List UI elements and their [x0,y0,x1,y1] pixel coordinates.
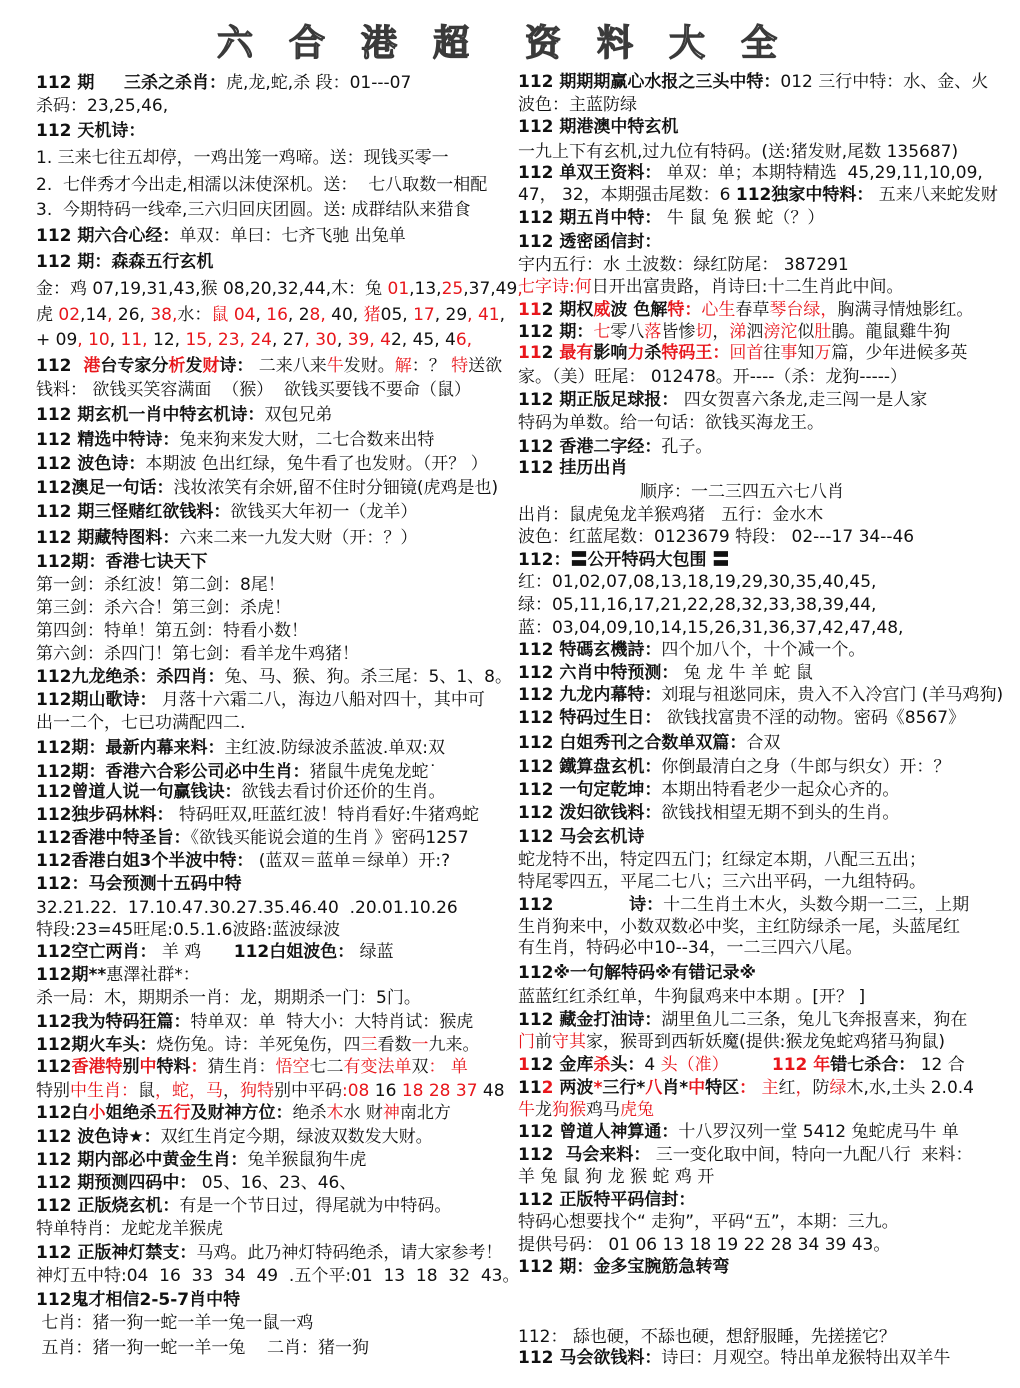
heading-label: 港 [83,356,100,376]
text-line: 112：〓公开特码大包围 〓 [518,549,729,571]
highlighted-text: 8, [310,305,326,325]
heading-label: 112 期五肖中特： [518,208,661,228]
content-text: 红 [779,1078,796,1098]
heading-label: 112 期三怪赌红欲钱料： [36,502,230,522]
text-line: 出一二个，七已功满配四二. [36,712,245,734]
highlighted-text: 万 [814,343,831,363]
heading-label: 错七杀合： [830,1055,915,1075]
content-text: 特单特肖：龙蛇龙羊猴虎 [36,1219,223,1239]
content-text: 篇，少年进候多英 [831,343,967,363]
text-line: 112 金库杀头：4 头（准） 112 年错七杀合： 12 合 [518,1054,965,1076]
heading-label: 112 期正版足球报： [518,390,678,410]
heading-label: 112 单双王资料： [518,163,661,183]
highlighted-text: 头（准） [661,1055,729,1075]
content-text: 波色：主蓝防绿 [518,95,637,115]
highlighted-text: ，蛇，马 [155,1081,223,1101]
content-text: ,37,49 [463,279,517,299]
content-text: 特码为单数。给一句话：欲钱买海龙王。 [518,413,824,433]
content-text: 40, [326,305,358,325]
content-text: , [255,305,266,325]
heading-label: 小 [89,1103,106,1123]
text-line: 3. 今期特码一线牵,三六归回庆团圆。送: 成群结队来猎食 [36,199,471,221]
text-line: 波色：红蓝尾数：0123679 特段： 02---17 34--46 [518,526,914,548]
content-text: 马鸡。此乃神灯特码绝杀，请大家参考！ [196,1243,502,1263]
content-text: 12 合 [915,1055,964,1075]
heading-label: 112 波色诗： [36,454,145,474]
content-text: 05, [381,305,413,325]
heading-label: 112 正版烧玄机： [36,1196,179,1216]
text-line: 牛龙狗猴鸡马虎兔 [518,1099,654,1121]
highlighted-text: 七 [593,322,610,342]
content-text: 4 [644,1055,660,1075]
content-text: 双红生肖定今期，绿波双数发大财。 [161,1127,433,1147]
text-line: 第三剑：杀六合！第三剑：杀虎！ [36,597,291,619]
text-line: 蛇龙特不出，特定四五门；红绿定本期，八配三五出； [518,849,926,871]
heading-label: 及财神方位： [191,1103,293,1123]
text-line: 112 正版特平码信封： [518,1189,695,1211]
heading-label: 最有 [559,343,593,363]
content-text: 别中平码 [274,1081,342,1101]
text-line: 第六剑：杀四门！第七剑：看羊龙牛鸡猪！ [36,643,359,665]
content-text: 有生肖，特码必中10--34，一二三四六八尾。 [518,938,863,958]
text-line: 七肖：猪一狗一蛇一羊一兔一鼠一鸡 [36,1312,313,1334]
highlighted-text: 猪 [358,305,380,325]
highlighted-text: 鼠 [211,305,228,325]
heading-label: 特码王： [661,343,729,363]
content-text: 特码心想要找个“ 走狗”，平码“五”，本期：三九。 [518,1212,899,1232]
highlighted-text: ： 单 [429,1057,468,1077]
content-text: 合双 [746,733,780,753]
heading-label: 112鬼才相信2-5-7肖中特 [36,1290,240,1310]
heading-label: 112 精选中特诗： [36,430,179,450]
content-text: 月落十六霜二八，海边八船对四十，其中可 [157,690,485,710]
heading-label: 中 [140,1057,157,1077]
content-text: 主红波.防绿波杀蓝波.单双:双 [225,738,446,758]
text-line: 112 期港澳中特玄机 [518,116,678,138]
content-text: 五来八来蛇发财 [873,185,997,205]
content-text: 蛇龙特不出，特定四五门；红绿定本期，八配三五出； [518,850,926,870]
heading-label: 八 [645,1078,662,1098]
title-char: 合 [271,22,343,66]
heading-label: 112 马会来料： [518,1145,650,1165]
heading-label: 析 [168,356,185,376]
highlighted-text: ， [796,1078,813,1098]
heading-label: 112 期：森森五行玄机 [36,252,213,272]
highlighted-text: 25 [442,279,464,299]
heading-label: 2 [542,343,560,363]
content-text: 十八罗汉列一堂 5412 兔蛇虎马牛 单 [678,1122,958,1142]
text-line: 1. 三来七往五却停，一鸡出笼一鸡啼。送：现钱买零一 [36,147,449,169]
content-text: 欲钱去看讨价还价的生肖。 [242,782,446,802]
content-text: 六来二来一九发大财（开：？） [179,528,417,548]
text-line: 112 透密函信封： [518,231,661,253]
text-line: 112 期玄机一肖中特玄机诗：双包兄弟 [36,404,332,426]
highlighted-text: 七字诗:何 [518,277,592,297]
heading-label: 112香港白姐3个半波中特： [36,851,253,871]
content-text: 杀一局：木，期期杀一肖：龙，期期杀一门：5门。 [36,988,421,1008]
title-char: 六 [199,22,271,66]
text-line: 虎 02,14, 26, 38,水：鼠 04, 16, 28, 40, 猪05,… [36,304,505,326]
text-line: 绿：05,11,16,17,21,22,28,32,33,38,39,44, [518,594,876,616]
highlighted-text: 18 28 37 [402,1081,478,1101]
text-line: 特别中生肖：鼠，蛇，马，狗特别中平码:08 16 18 28 37 48 [36,1080,505,1102]
text-line: 112 波色诗★：双红生肖定今期，绿波双数发大财。 [36,1126,433,1148]
content-text: 你倒最清白之身（牛郎与织女）开：？ [661,757,950,777]
content-text: 三一变化取中间，特向一九配八行 来料： [650,1145,972,1165]
text-line: 112 鐵算盘玄机：你倒最清白之身（牛郎与织女）开：？ [518,756,950,778]
content-text: 家。（美）旺尾： 012478。开----（杀：龙狗-----） [518,367,907,387]
text-line: 32.21.22. 17.10.47.30.27.35.46.40 .20.01… [36,897,458,919]
highlighted-text: 琴台绿， [769,300,837,320]
text-line: 出肖：鼠虎兔龙羊猴鸡猪 五行：金水木 [518,504,823,526]
content-text: 惠澤社群*： [106,965,200,985]
text-line: 红：01,02,07,08,13,18,19,29,30,35,40,45, [518,571,876,593]
content-text: 猜生肖： [208,1057,276,1077]
highlighted-text: 一 [412,1035,429,1055]
content-text: ,13, [409,279,441,299]
text-line: 杀码：23,25,46, [36,95,168,117]
text-line: 羊 兔 鼠 狗 龙 猴 蛇 鸡 开 [518,1166,714,1188]
text-line: 112香港特别中特料：猜生肖：悟空七二有变法单双： 单 [36,1056,468,1078]
text-line: 112 期三怪赌红欲钱料：欲钱买大年初一（龙羊） [36,501,417,523]
highlighted-text: 38, [145,305,177,325]
text-line: 宇内五行：水 土波数：绿红防尾： 387291 [518,254,849,276]
content-text: 第四剑：特单！第五剑：特看小数！ [36,621,308,641]
content-text: 兔 龙 牛 羊 蛇 鼠 [678,663,812,683]
heading-label: ： [191,1057,208,1077]
content-text: 发财。 [344,356,395,376]
content-text: 32.21.22. 17.10.47.30.27.35.46.40 .20.01… [36,898,458,918]
heading-label: 112 一句定乾坤： [518,780,661,800]
text-line: 特码心想要找个“ 走狗”，平码“五”，本期：三九。 [518,1211,899,1233]
content-text: 南北方 [400,1103,451,1123]
text-line: 一九上下有玄机,过九位有特码。(送:猪发财,尾数 135687) [518,141,958,163]
heading-label: 112 [518,895,554,915]
content-text: 孔子。 [661,437,712,457]
heading-label: 诗： [629,895,663,915]
heading-label: 别 [123,1057,140,1077]
content-text: 烧伤兔。诗：羊死兔伤，四 [157,1035,361,1055]
heading-label: 香港特 [72,1057,123,1077]
text-line: 112 期六合心经：单双：单曰：七齐飞驰 出兔单 [36,225,406,247]
highlighted-text: 狗猴 [552,1100,586,1120]
heading-label: 112 期港澳中特玄机 [518,117,678,137]
content-text [554,895,630,915]
content-text: 出一二个，七已功满配四二. [36,713,245,733]
text-line: 112 正版烧玄机：有是一个节日过，得尾就为中特码。 [36,1195,451,1217]
content-text: 龙 [535,1100,552,1120]
highlighted-text: 守其 [552,1032,586,1052]
title-char: 资 [507,22,579,66]
highlighted-text: 特 [451,356,468,376]
content-text: 二来八来 [253,356,326,376]
highlighted-text: 17 [413,305,435,325]
heading-label: 112我为特码狂篇： [36,1012,191,1032]
heading-label: 112 特碼玄機詩： [518,640,661,660]
content-text: 单双：单曰：七齐飞驰 出兔单 [179,226,405,246]
highlighted-text: 解 [395,356,412,376]
highlighted-text: 6, [456,330,472,350]
text-line: 112 马会欲钱料：诗曰：月观空。特出单龙猴特出双羊牛 [518,1347,950,1369]
content-text: 宇内五行：水 土波数：绿红防尾： 387291 [518,255,849,275]
content-text: 提供号码： 01 06 13 18 19 22 28 34 39 43。 [518,1235,890,1255]
content-text: 47， 32，本期强击尾数：6 [518,185,736,205]
heading-label: 112 期： [518,322,593,342]
content-text: 浅妆浓笑有余妍,留不住时分钿镜(虎鸡是也) [174,478,499,498]
content-text: 七二 [310,1057,344,1077]
content-text: 钱料： 欲钱买笑容满面 （猴） 欲钱买要钱不要命（鼠） [36,380,471,400]
text-line: 第四剑：特单！第五剑：特看小数！ [36,620,308,642]
text-line: 112 期：金多宝腕筋急转弯 [518,1256,729,1278]
text-line: 112 马会玄机诗 [518,826,644,848]
heading-label: 112 挂历出肖 [518,458,627,478]
heading-label: 112※一句解特码※有错记录※ [518,963,756,983]
text-line: 112 诗：十二生肖土木火，头数今期一二三，上期 [518,894,969,916]
heading-label: 112 白姐秀刊之合数单双篇： [518,733,746,753]
content-text: 16 [369,1081,401,1101]
text-line: 第一剑：杀红波！第二剑：8尾！ [36,574,285,596]
content-text: 《欲钱买能说会道的生肖 》密码1257 [191,828,469,848]
highlighted-text: 有变法单 [344,1057,412,1077]
heading-label: 112香港中特圣旨： [36,828,191,848]
heading-label: 112期：香港七诀天下 [36,552,208,572]
text-line: 112 两波*三行*八肖*中特区： 主红，防绿木,水,土头 2.0.4 [518,1077,974,1099]
content-text: 1. 三来七往五却停，一鸡出笼一鸡啼。送：现钱买零一 [36,148,449,168]
text-line: 特单特肖：龙蛇龙羊猴虎 [36,1218,223,1240]
content-text: 零八 [610,322,644,342]
heading-label: 112独家中特料： [736,185,874,205]
text-line: 蓝：03,04,09,10,14,15,26,31,36,37,42,47,48… [518,617,903,639]
text-line: 47， 32，本期强击尾数：6 112独家中特料： 五来八来蛇发财 [518,184,998,206]
content-text: 05、16、23、46、 [196,1173,356,1193]
highlighted-text: 30 [310,330,337,350]
text-line: 112 一句定乾坤：本期出特看老少一起众心齐的。 [518,779,899,801]
heading-label: 112 [36,1057,72,1077]
content-text: 生肖狗来中，小数双数必中奖，主红防绿杀一尾，头蓝尾红 [518,917,960,937]
text-line: 112 期 三杀之杀肖：虎,龙,蛇,杀 段：01---07 [36,72,411,94]
heading-label: 三杀之杀肖： [94,73,226,93]
text-line: 112白小姐绝杀五行及财神方位：绝杀木水 财神南北方 [36,1102,451,1124]
heading-label: 112 九龙内幕特： [518,685,661,705]
heading-label: 112 [36,356,83,376]
content-text: 出肖：鼠虎兔龙羊猴鸡猪 五行：金水木 [518,505,823,525]
highlighted-text: 回首 [729,343,763,363]
content-text: 欲钱找相望无期不到头的生肖。 [661,803,899,823]
text-line: 顺序：一二三四五六七八肖 [640,481,844,503]
content-text: 金：鸡 07,19,31,43,猴 08,20,32,44,木：兔 [36,279,388,299]
text-line: 112澳足一句话：浅妆浓笑有余妍,留不住时分钿镜(虎鸡是也) [36,477,498,499]
heading-label: 特： [667,300,701,320]
content-text: 四个加八个，十个减一个。 [661,640,865,660]
text-line: 112 藏金打油诗：湖里鱼儿二三条，兔儿飞奔报喜来，狗在 [518,1009,967,1031]
heading-label: 两波 [554,1078,594,1098]
content-text: 泗 [746,322,763,342]
content-text [729,1055,772,1075]
highlighted-text: 15, 23, 24 [180,330,272,350]
content-text: 第三剑：杀六合！第三剑：杀虎！ [36,598,291,618]
highlighted-text: 主 [762,1078,779,1098]
content-text: 五肖：猪一狗一蛇一羊一兔 二肖：猪一狗 [36,1338,369,1358]
content-text: 2. 七伴秀才今出走,相濡以沫使深机。送： 七八取数一相配 [36,175,487,195]
text-line: 112 泼妇欲钱料：欲钱找相望无期不到头的生肖。 [518,802,899,824]
heading-label: 112 期：金多宝腕筋急转弯 [518,1257,729,1277]
heading-label: 11 [518,343,542,363]
heading-label: 112 期藏特图料： [36,528,179,548]
heading-label: 五行 [157,1103,191,1123]
heading-label: 杀 [593,1055,610,1075]
text-line: 金：鸡 07,19,31,43,猴 08,20,32,44,木：兔 01,13,… [36,278,523,300]
content-text: 第一剑：杀红波！第二剑：8尾！ [36,575,285,595]
content-text: 送欲 [468,356,502,376]
heading-label: 112 期期期赢心水报之三头中特： [518,72,780,92]
content-text: ,14 [80,305,107,325]
highlighted-text: 肚 [814,322,831,342]
text-line: 112 期：七零八落皆惨切，涕泗滂沱似肚鵑。龍鼠雞牛狗 [518,321,950,343]
content-text: 兔羊猴鼠狗牛虎 [247,1150,366,1170]
text-line: 112期：香港六合彩公司必中生肖：猪鼠牛虎兔龙蛇˙ [36,761,437,783]
content-text: 蓝蓝红红杀红单，牛狗鼠鸡来中本期 。[开？ ] [518,987,865,1007]
content-text: 羊 兔 鼠 狗 龙 猴 蛇 鸡 开 [518,1167,714,1187]
highlighted-text: :08 [342,1081,369,1101]
text-line: 112九龙绝杀：杀四肖：兔、马、猴、狗。杀三尾：5、1、8。 [36,666,512,688]
heading-label: 财 [202,356,219,376]
heading-label: 112 年 [772,1055,830,1075]
text-line: 112 期五肖中特： 牛 鼠 兔 猴 蛇（？） [518,207,824,229]
highlighted-text: 落 [644,322,661,342]
highlighted-text: 牛 [327,356,344,376]
content-text: 鵑。龍鼠雞牛狗 [831,322,950,342]
heading-label: 112 期 [36,73,94,93]
content-text: 012 三行中特：水、金、火 [780,72,988,92]
text-line: 112：马会预测十五码中特 [36,873,242,895]
content-text: 兔、马、猴、狗。杀三尾：5、1、8。 [225,667,512,687]
heading-label: 威 [593,300,610,320]
heading-label: 杀 [644,343,661,363]
text-line: 提供号码： 01 06 13 18 19 22 28 34 39 43。 [518,1234,890,1256]
content-text: 木,水,土头 2.0.4 [847,1078,974,1098]
heading-label: ： [739,1078,756,1098]
text-line: 112 正版神灯禁支：马鸡。此乃神灯特码绝杀，请大家参考！ [36,1242,502,1264]
text-line: 112 六肖中特预测： 兔 龙 牛 羊 蛇 鼠 [518,662,813,684]
heading-label: 112 香港二字经： [518,437,661,457]
content-text: ， [712,322,729,342]
content-text: 单双：单；本期特精选 45,29,11,10,09, [661,163,982,183]
text-line: 112 精选中特诗：兔来狗来发大财，二七合数来出特 [36,429,434,451]
content-text: 鼠 [138,1081,155,1101]
heading-label: 12 金库 [530,1055,594,1075]
heading-label: 三行* [602,1078,645,1098]
text-line: 生肖狗来中，小数双数必中奖，主红防绿杀一尾，头蓝尾红 [518,916,960,938]
text-line: 112 香港二字经：孔子。 [518,436,712,458]
heading-label: 2 期权 [542,300,594,320]
content-text: 春草 [735,300,769,320]
content-text: 诗曰：月观空。特出单龙猴特出双羊牛 [661,1348,950,1368]
highlighted-text: 心生 [701,300,735,320]
highlighted-text: 39, 4 [342,330,391,350]
highlighted-text: 虎兔 [620,1100,654,1120]
content-text: 波色：红蓝尾数：0123679 特段： 02---17 34--46 [518,527,914,547]
content-text: 看数 [378,1035,412,1055]
text-line: 112 港台专家分析发财诗： 二来八来牛发财。解：？ 特送欲 [36,355,502,377]
heading-label: 中 [688,1078,705,1098]
page-title-right: 资 料 大 全 [507,22,795,66]
heading-label: 波 色解 [610,300,667,320]
heading-label: 112 特码过生日： [518,708,661,728]
content-text: 刘琨与祖逖同床，贵入不入冷宫门 (羊马鸡狗) [661,685,1003,705]
content-text: ， [223,1081,240,1101]
content-text: 第六剑：杀四门！第七剑：看羊龙牛鸡猪！ [36,644,359,664]
highlighted-text: 狗特 [240,1081,274,1101]
content-text: 四女贺喜六条龙,走三闯一是人家 [678,390,927,410]
text-line: 杀一局：木，期期杀一肖：龙，期期杀一门：5门。 [36,987,421,1009]
heading-label: 112：〓公开特码大包围 〓 [518,550,729,570]
text-line: 家。（美）旺尾： 012478。开----（杀：龙狗-----） [518,366,907,388]
heading-label: 11 [518,1078,542,1098]
text-line: 112 波色诗：本期波 色出红绿，兔牛看了也发财。（开？ ） [36,453,488,475]
content-text: 特码旺双,旺蓝红波！特肖看好:牛猪鸡蛇 [174,805,480,825]
heading-label: 112 透密函信封： [518,232,661,252]
highlighted-text: 涕 [729,322,746,342]
heading-label: 力 [627,343,644,363]
heading-label: 112：马会预测十五码中特 [36,874,242,894]
text-line: 神灯五中特:04 16 33 34 49 .五个平:01 13 18 32 43… [36,1265,519,1287]
heading-label: 112期：最新内幕来料： [36,738,225,758]
heading-label: 11 [518,300,542,320]
content-text: 绿：05,11,16,17,21,22,28,32,33,38,39,44, [518,595,876,615]
text-line: 112 期权威波 色解特：心生春草琴台绿，胸满寻情烛影红。 [518,299,973,321]
text-line: 112香港中特圣旨：《欲钱买能说会道的生肖 》密码1257 [36,827,469,849]
content-text: 虎,龙,蛇,杀 段：01---07 [226,73,411,93]
heading-label: 112期山歌诗： [36,690,157,710]
content-text: 神灯五中特:04 16 33 34 49 .五个平:01 13 18 32 43… [36,1266,519,1286]
title-char: 料 [579,22,651,66]
content-text: , 29 [435,305,467,325]
content-text: ：？ [412,356,451,376]
title-char: 全 [723,22,795,66]
heading-label: 112独步码林料： [36,805,174,825]
text-line: 蓝蓝红红杀红单，牛狗鼠鸡来中本期 。[开？ ] [518,986,865,1008]
content-text: + 09 [36,330,77,350]
text-line: 112我为特码狂篇：特单双：单 特大小：大特肖试：猴虎 [36,1011,473,1033]
highlighted-text: 神 [383,1103,400,1123]
text-line: 112 单双王资料： 单双：单；本期特精选 45,29,11,10,09, [518,162,983,184]
title-char: 大 [651,22,723,66]
content-text: 特单双：单 特大小：大特肖试：猴虎 [191,1012,474,1032]
text-line: 112期**惠澤社群*： [36,964,200,986]
text-line: 特尾零四五，平尾二七八；三六出平码，一九组特码。 [518,871,926,893]
heading-label: 112白 [36,1103,89,1123]
heading-label: 1 [518,1055,530,1075]
content-text: 3. 今期特码一线牵,三六归回庆团圆。送: 成群结队来猎食 [36,200,471,220]
content-text: 红：01,02,07,08,13,18,19,29,30,35,40,45, [518,572,876,592]
content-text: 九来。 [429,1035,480,1055]
content-text: 知 [797,343,814,363]
text-line: 112 期期期赢心水报之三头中特：012 三行中特：水、金、火 [518,71,988,93]
text-line: 门前守其家，猴哥到西斩妖魔(提供:猴龙兔蛇鸡猪马狗鼠) [518,1031,945,1053]
highlighted-text: 切 [695,322,712,342]
content-text: 日开出富贵路，肖诗曰:十二生肖此中间。 [592,277,904,297]
content-text: 鸡马 [586,1100,620,1120]
content-text: 特别 [36,1081,70,1101]
highlighted-text: 门 [518,1032,535,1052]
content-text: 26, [113,305,145,325]
text-line: 112独步码林料： 特码旺双,旺蓝红波！特肖看好:牛猪鸡蛇 [36,804,479,826]
content-text: 七肖：猪一狗一蛇一羊一兔一鼠一鸡 [36,1313,313,1333]
content-text: 虎 [36,305,58,325]
content-text: , 2 [288,305,310,325]
content-text: 欲钱找富贵不淫的动物。密码《8567》 [661,708,965,728]
content-text: 有是一个节日过，得尾就为中特码。 [179,1196,451,1216]
